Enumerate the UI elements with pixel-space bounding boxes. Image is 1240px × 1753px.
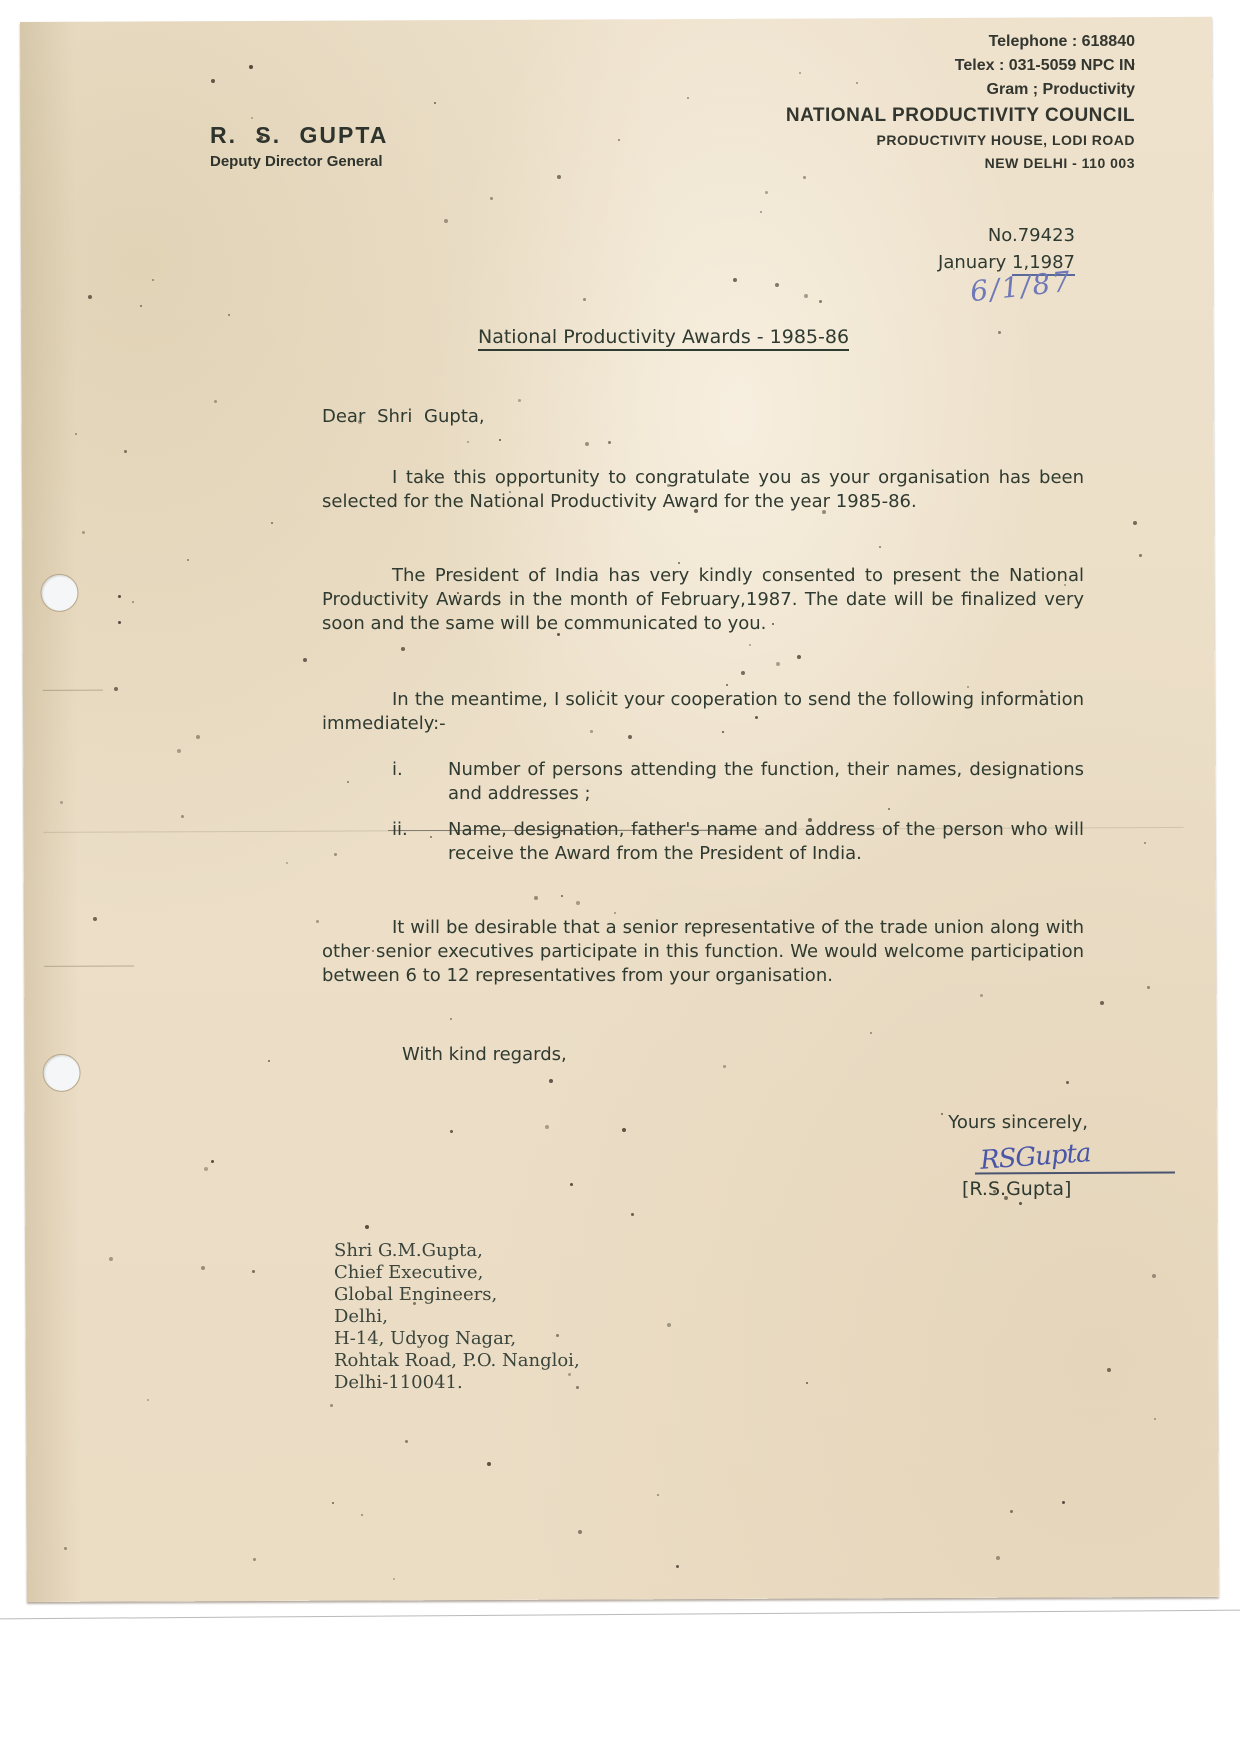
paper-speck	[549, 1079, 553, 1083]
list-item-text: Name, designation, father's name and add…	[448, 818, 1084, 866]
recipient-line: Rohtak Road, P.O. Nangloi,	[334, 1350, 580, 1372]
paper-speck	[393, 1578, 395, 1580]
paper-speck	[608, 441, 611, 444]
recipient-line: Delhi,	[334, 1306, 580, 1328]
list-item-text: Number of persons attending the function…	[448, 758, 1084, 806]
paper-speck	[870, 1032, 872, 1034]
paper-speck	[60, 801, 63, 804]
telex: Telex : 031-5059 NPC IN	[786, 54, 1135, 78]
sender-name: R. S. GUPTA	[210, 122, 388, 149]
paper-speck	[578, 1530, 582, 1534]
paragraph-request: In the meantime, I solicit your cooperat…	[322, 688, 1084, 736]
paragraph-president: The President of India has very kindly c…	[322, 564, 1084, 636]
reference-number: No.79423	[938, 222, 1075, 249]
sender-title: Deputy Director General	[210, 153, 388, 170]
paragraph-participation: It will be desirable that a senior repre…	[322, 916, 1084, 988]
paper-speck	[1010, 1510, 1013, 1513]
paper-speck	[251, 117, 253, 119]
list-marker: i.	[392, 758, 448, 806]
paragraph-congratulations: I take this opportunity to congratulate …	[322, 466, 1084, 514]
paper-speck	[249, 65, 253, 69]
list-item-text-content: Name, designation, father's name and add…	[448, 819, 1084, 864]
paper-speck	[114, 687, 118, 691]
list-item: ii. Name, designation, father's name and…	[392, 818, 1084, 866]
organisation-name: NATIONAL PRODUCTIVITY COUNCIL	[786, 102, 1135, 129]
paper-speck	[657, 1494, 659, 1496]
recipient-line: Delhi-110041.	[334, 1372, 580, 1394]
paper-speck	[518, 399, 521, 402]
paper-speck	[405, 1440, 408, 1443]
recipient-address: Shri G.M.Gupta, Chief Executive, Global …	[334, 1240, 580, 1394]
paper-speck	[676, 1565, 679, 1568]
information-list: i. Number of persons attending the funct…	[392, 758, 1084, 878]
organisation-city: NEW DELHI - 110 003	[786, 152, 1135, 175]
paper-speck	[576, 901, 580, 905]
paper-speck	[806, 1382, 808, 1384]
sender-block: R. S. GUPTA Deputy Director General	[210, 122, 388, 170]
paper-speck	[177, 749, 181, 753]
fold-mark	[44, 966, 134, 967]
closing-sincerely: Yours sincerely,	[948, 1112, 1088, 1133]
paper-speck	[487, 1462, 491, 1466]
list-item: i. Number of persons attending the funct…	[392, 758, 1084, 806]
paper-speck	[450, 1130, 453, 1133]
scan-edge-line	[0, 1610, 1240, 1620]
paper-speck	[583, 298, 586, 301]
paper-speck	[1147, 986, 1150, 989]
letterhead: Telephone : 618840 Telex : 031-5059 NPC …	[786, 30, 1135, 175]
salutation: Dear Shri Gupta,	[322, 406, 485, 427]
paper-speck	[268, 1060, 270, 1062]
paper-speck	[775, 283, 779, 287]
telegram-address: Gram ; Productivity	[786, 78, 1135, 102]
punch-hole	[40, 574, 78, 612]
paper-speck	[347, 781, 349, 783]
paper-speck	[330, 1404, 333, 1407]
paper-speck	[1019, 1202, 1022, 1205]
paper-speck	[733, 278, 737, 282]
punch-hole	[43, 1054, 81, 1092]
telephone: Telephone : 618840	[786, 30, 1135, 54]
paper-speck	[401, 647, 405, 651]
paper-speck	[118, 595, 121, 598]
closing-regards: With kind regards,	[402, 1044, 567, 1065]
fold-mark	[43, 690, 103, 691]
paper-speck	[723, 1065, 726, 1068]
paper-speck	[181, 815, 184, 818]
recipient-line: Global Engineers,	[334, 1284, 580, 1306]
date-month: January	[938, 252, 1006, 273]
strike-mark	[388, 830, 754, 831]
paper-speck	[88, 295, 92, 299]
organisation-address: PRODUCTIVITY HOUSE, LODI ROAD	[786, 129, 1135, 152]
paper-speck	[253, 1558, 256, 1561]
paper-speck	[271, 522, 273, 524]
list-marker: ii.	[392, 818, 448, 866]
paper-speck	[1152, 1274, 1156, 1278]
paper-speck	[82, 531, 85, 534]
recipient-line: Shri G.M.Gupta,	[334, 1240, 580, 1262]
recipient-line: Chief Executive,	[334, 1262, 580, 1284]
paper-speck	[667, 1323, 671, 1327]
paper-speck	[316, 920, 319, 923]
letter-subject: National Productivity Awards - 1985-86	[478, 326, 849, 351]
signatory-name: [R.S.Gupta]	[962, 1178, 1071, 1200]
recipient-line: H-14, Udyog Nagar,	[334, 1328, 580, 1350]
paper-speck	[561, 895, 563, 897]
paper-speck	[1154, 1418, 1156, 1420]
paper-speck	[687, 97, 689, 99]
paper-speck	[434, 102, 436, 104]
paper-speck	[545, 1125, 549, 1129]
paper-speck	[631, 1213, 634, 1216]
paper-speck	[332, 1502, 334, 1504]
paper-speck	[109, 1257, 113, 1261]
